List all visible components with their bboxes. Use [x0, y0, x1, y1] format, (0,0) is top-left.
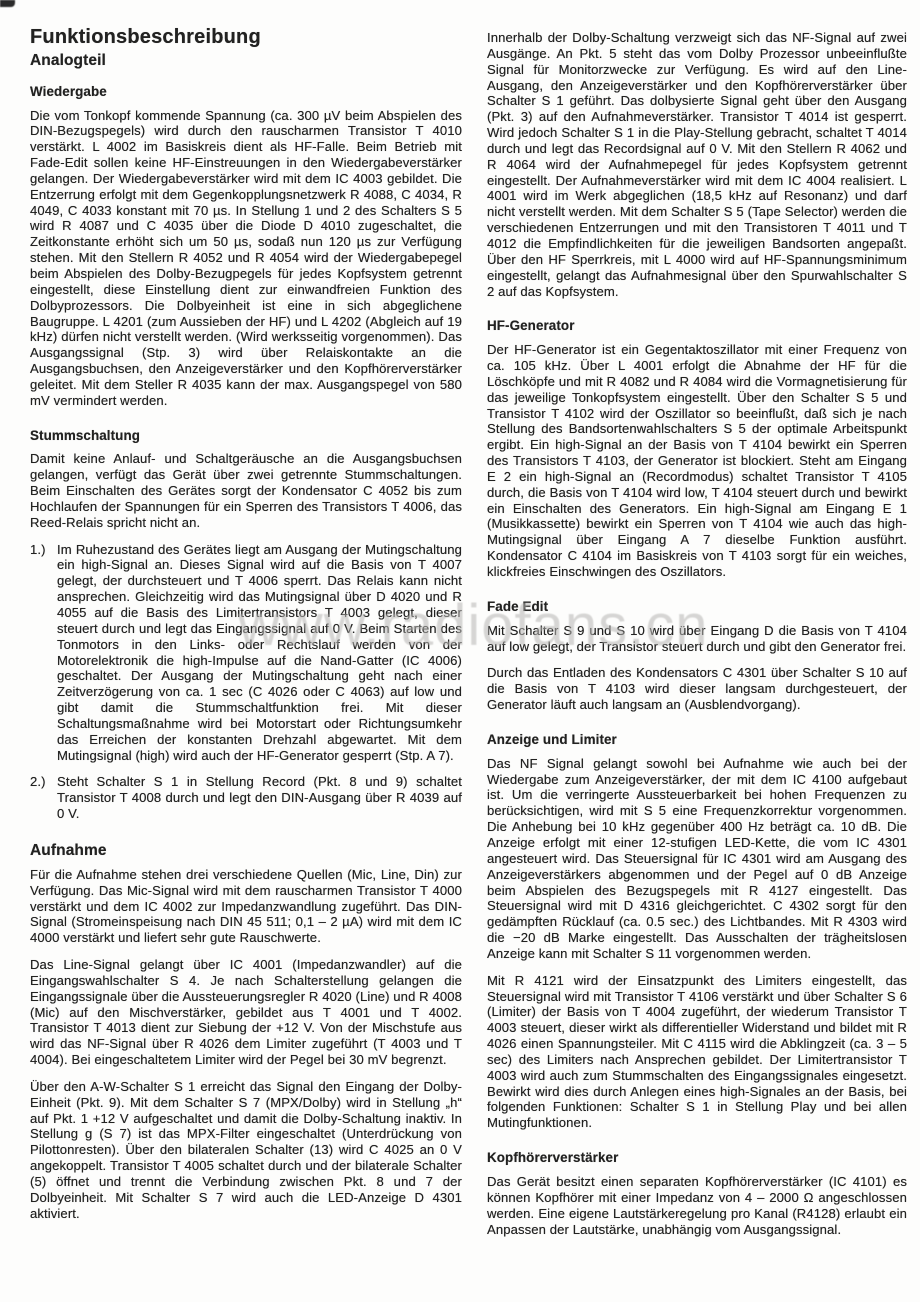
section-heading-hf-generator: HF-Generator: [487, 318, 907, 334]
list-item-number: 2.): [30, 774, 46, 790]
list-item-text: Steht Schalter S 1 in Stellung Record (P…: [57, 774, 462, 821]
paragraph-anzeige-2: Mit R 4121 wird der Einsatzpunkt des Lim…: [487, 973, 907, 1131]
section-heading-analogteil: Analogteil: [30, 53, 462, 69]
paragraph-stummschaltung-intro: Damit keine Anlauf- und Schaltgeräusche …: [30, 451, 462, 530]
section-heading-fade-edit: Fade Edit: [487, 599, 907, 615]
section-heading-aufnahme: Aufnahme: [30, 843, 462, 859]
paragraph-aufnahme-3: Über den A-W-Schalter S 1 erreicht das S…: [30, 1079, 462, 1222]
paragraph-dolby-continuation: Innerhalb der Dolby-Schaltung verzweigt …: [487, 30, 907, 299]
section-heading-wiedergabe: Wiedergabe: [30, 84, 462, 100]
paragraph-fade-edit-1: Mit Schalter S 9 und S 10 wird über Eing…: [487, 623, 907, 655]
paragraph-hf-generator: Der HF-Generator ist ein Gegentaktoszill…: [487, 342, 907, 580]
section-heading-anzeige-limiter: Anzeige und Limiter: [487, 732, 907, 748]
list-item-text: Im Ruhezustand des Gerätes liegt am Ausg…: [57, 542, 462, 763]
scan-artifact: [0, 0, 15, 7]
paragraph-aufnahme-2: Das Line-Signal gelangt über IC 4001 (Im…: [30, 957, 462, 1068]
paragraph-anzeige-1: Das NF Signal gelangt sowohl bei Aufnahm…: [487, 756, 907, 962]
paragraph-aufnahme-1: Für die Aufnahme stehen drei verschieden…: [30, 867, 462, 946]
list-item-number: 1.): [30, 542, 46, 558]
left-column: Funktionsbeschreibung Analogteil Wiederg…: [30, 30, 462, 1233]
page-title: Funktionsbeschreibung: [30, 30, 462, 46]
paragraph-wiedergabe: Die vom Tonkopf kommende Spannung (ca. 3…: [30, 108, 462, 409]
paragraph-kopfhoererverstaerker: Das Gerät besitzt einen separaten Kopfhö…: [487, 1174, 907, 1237]
paragraph-fade-edit-2: Durch das Entladen des Kondensators C 43…: [487, 665, 907, 713]
scanned-manual-page: Funktionsbeschreibung Analogteil Wiederg…: [0, 0, 920, 1302]
list-item-muting-1: 1.) Im Ruhezustand des Gerätes liegt am …: [30, 542, 462, 764]
list-item-muting-2: 2.) Steht Schalter S 1 in Stellung Recor…: [30, 774, 462, 822]
section-heading-kopfhoererverstaerker: Kopfhörerverstärker: [487, 1150, 907, 1166]
right-column: Innerhalb der Dolby-Schaltung verzweigt …: [487, 30, 907, 1248]
section-heading-stummschaltung: Stummschaltung: [30, 428, 462, 444]
